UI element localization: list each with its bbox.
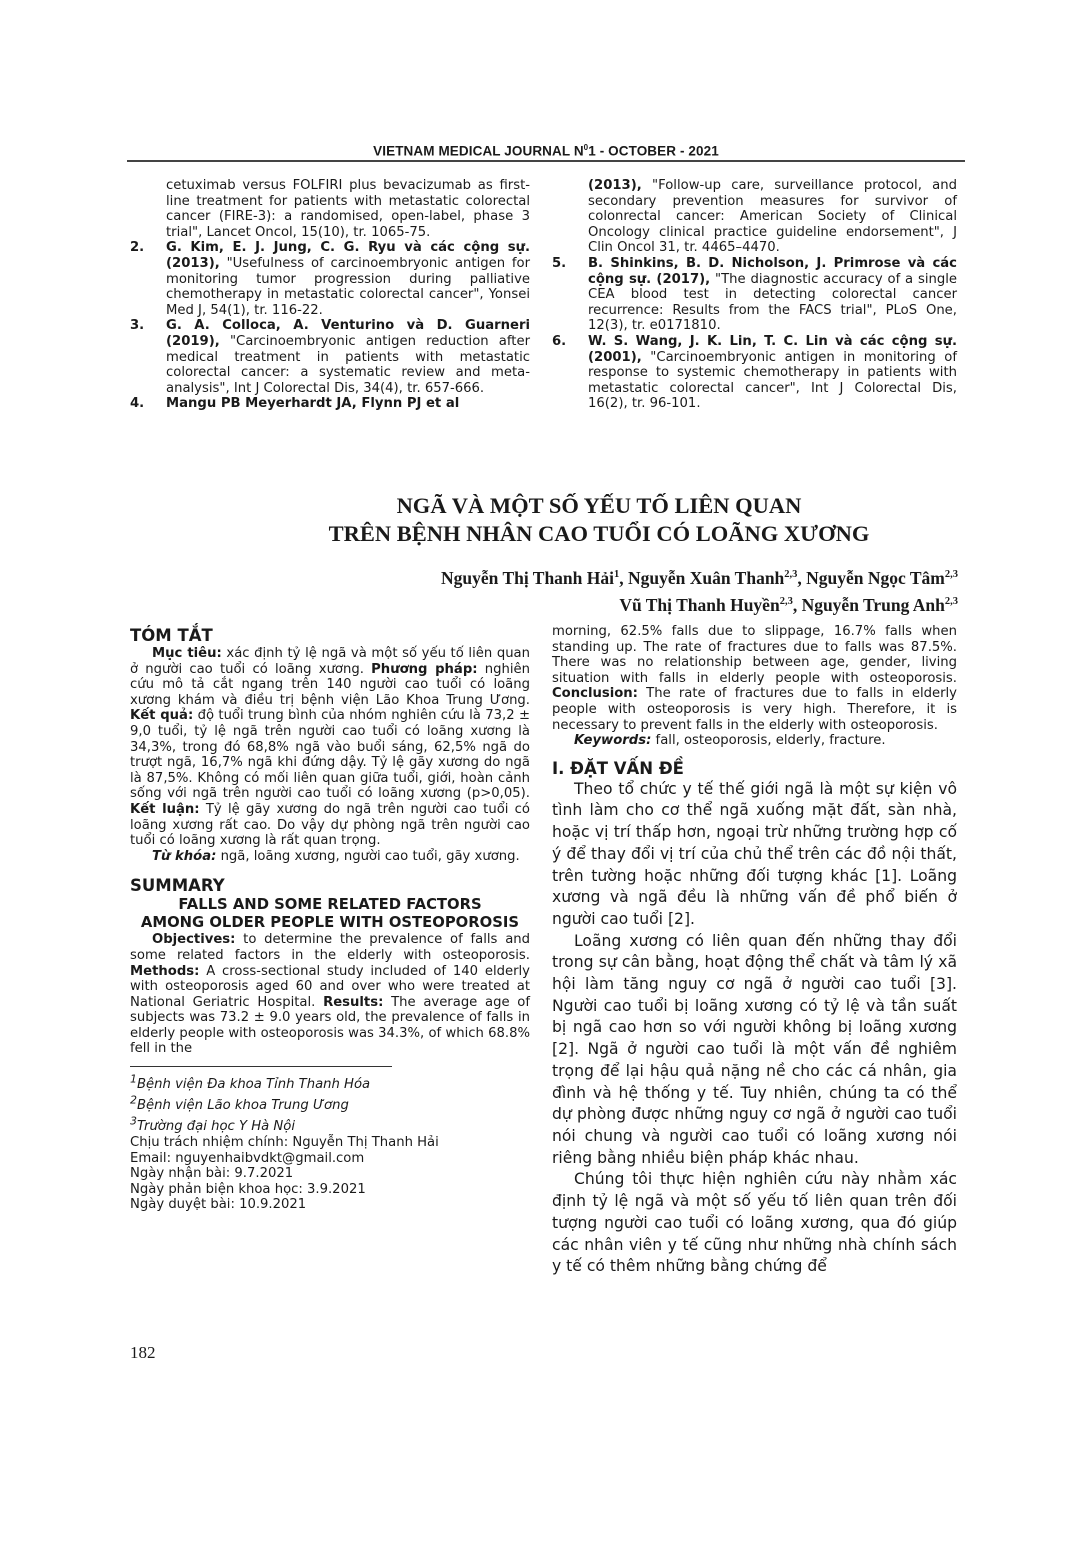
tom-tat-body: Mục tiêu: xác định tỷ lệ ngã và một số y… [130, 646, 530, 849]
references-left: cetuximab versus FOLFIRI plus bevacizuma… [130, 178, 530, 412]
author-line-2: Vũ Thị Thanh Huyền2,3, Nguyễn Trung Anh2… [441, 590, 958, 617]
abstract-column: TÓM TẮT Mục tiêu: xác định tỷ lệ ngã và … [130, 626, 530, 1213]
footnotes: 1Bệnh viện Đa khoa Tỉnh Thanh Hóa 2Bệnh … [130, 1072, 530, 1213]
journal-header: VIETNAM MEDICAL JOURNAL N01 - OCTOBER - … [127, 143, 965, 159]
author-list: Nguyễn Thị Thanh Hải1, Nguyễn Xuân Thanh… [441, 563, 958, 617]
article-title: NGÃ VÀ MỘT SỐ YẾU TỐ LIÊN QUAN TRÊN BỆNH… [130, 492, 958, 548]
footnote-divider [130, 1066, 392, 1067]
intro-paragraph-2: Loãng xương có liên quan đến những thay … [552, 931, 957, 1170]
tom-tat-heading: TÓM TẮT [130, 626, 530, 646]
intro-paragraph-1: Theo tổ chức y tế thế giới ngã là một sự… [552, 779, 957, 931]
summary-body-continued: morning, 62.5% falls due to slippage, 16… [552, 624, 957, 733]
intro-column: morning, 62.5% falls due to slippage, 16… [552, 624, 957, 1278]
intro-heading: I. ĐẶT VẤN ĐỀ [552, 759, 957, 779]
summary-heading: SUMMARY [130, 876, 530, 896]
reference-1-continued: cetuximab versus FOLFIRI plus bevacizuma… [130, 178, 530, 240]
references-right: (2013), "Follow-up care, surveillance pr… [552, 178, 957, 412]
reference-3: 3.G. A. Colloca, A. Venturino và D. Guar… [130, 318, 530, 396]
reference-6: 6.W. S. Wang, J. K. Lin, T. C. Lin và cá… [552, 334, 957, 412]
summary-title-1: FALLS AND SOME RELATED FACTORS [130, 896, 530, 914]
reference-5: 5.B. Shinkins, B. D. Nicholson, J. Primr… [552, 256, 957, 334]
keywords: Keywords: fall, osteoporosis, elderly, f… [552, 733, 957, 749]
summary-body: Objectives: to determine the prevalence … [130, 932, 530, 1057]
author-line-1: Nguyễn Thị Thanh Hải1, Nguyễn Xuân Thanh… [441, 563, 958, 590]
header-rule [127, 160, 965, 162]
tu-khoa: Từ khóa: ngã, loãng xương, người cao tuổ… [130, 849, 530, 865]
intro-paragraph-3: Chúng tôi thực hiện nghiên cứu này nhằm … [552, 1169, 957, 1278]
email-link[interactable]: Email: nguyenhaibvdkt@gmail.com [130, 1151, 530, 1167]
reference-2: 2.G. Kim, E. J. Jung, C. G. Ryu và các c… [130, 240, 530, 318]
reference-4: 4.Mangu PB Meyerhardt JA, Flynn PJ et al [130, 396, 530, 412]
summary-title-2: AMONG OLDER PEOPLE WITH OSTEOPOROSIS [130, 914, 530, 932]
reference-4-continued: (2013), "Follow-up care, surveillance pr… [552, 178, 957, 256]
page-number: 182 [130, 1343, 156, 1363]
